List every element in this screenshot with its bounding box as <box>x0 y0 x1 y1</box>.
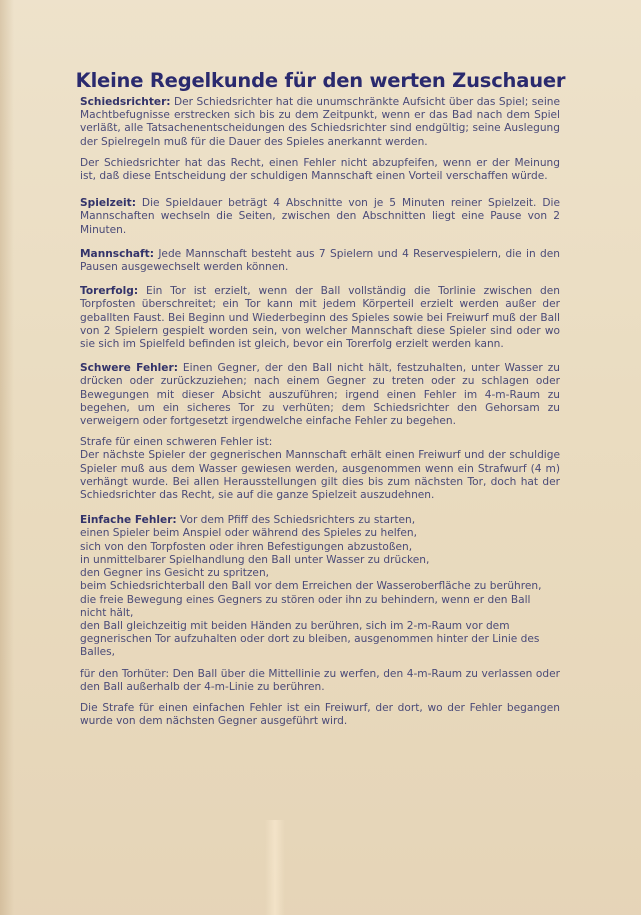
einfache-fehler-strafe: Die Strafe für einen einfachen Fehler is… <box>80 702 560 728</box>
einfache-fehler-item: beim Schiedsrichterball den Ball vor dem… <box>80 580 560 593</box>
section-torerfolg: Torerfolg: Ein Tor ist erzielt, wenn der… <box>80 285 560 351</box>
einfache-fehler-item: den Ball gleichzeitig mit beiden Händen … <box>80 620 560 660</box>
schwere-fehler-strafe-heading: Strafe für einen schweren Fehler ist: <box>80 436 560 449</box>
section-label: Torerfolg: <box>80 285 138 297</box>
rules-content: Schiedsrichter: Der Schiedsrichter hat d… <box>80 96 560 736</box>
section-einfache-fehler: Einfache Fehler: Vor dem Pfiff des Schie… <box>80 514 560 659</box>
einfache-fehler-torhueter: für den Torhüter: Den Ball über die Mitt… <box>80 668 560 694</box>
einfache-fehler-first-line: Einfache Fehler: Vor dem Pfiff des Schie… <box>80 514 560 527</box>
section-label: Schwere Fehler: <box>80 362 178 374</box>
document-page: Kleine Regelkunde für den werten Zuschau… <box>0 0 641 915</box>
section-schiedsrichter-recht: Der Schiedsrichter hat das Recht, einen … <box>80 157 560 183</box>
section-schiedsrichter: Schiedsrichter: Der Schiedsrichter hat d… <box>80 96 560 149</box>
section-text: Vor dem Pfiff des Schiedsrichters zu sta… <box>177 514 415 526</box>
schwere-fehler-strafe-text: Der nächste Spieler der gegnerischen Man… <box>80 449 560 502</box>
section-text: Ein Tor ist erzielt, wenn der Ball volls… <box>80 285 560 350</box>
section-label: Einfache Fehler: <box>80 514 177 526</box>
einfache-fehler-item: in unmittelbarer Spielhandlung den Ball … <box>80 554 560 567</box>
einfache-fehler-item: die freie Bewegung eines Gegners zu stör… <box>80 594 560 620</box>
section-label: Mannschaft: <box>80 248 154 260</box>
section-label: Schiedsrichter: <box>80 96 171 108</box>
section-label: Spielzeit: <box>80 197 136 209</box>
einfache-fehler-item: sich von den Torpfosten oder ihren Befes… <box>80 541 560 554</box>
section-text: Die Spieldauer beträgt 4 Abschnitte von … <box>80 197 560 235</box>
einfache-fehler-item: den Gegner ins Gesicht zu spritzen, <box>80 567 560 580</box>
page-title: Kleine Regelkunde für den werten Zuschau… <box>0 69 641 92</box>
section-mannschaft: Mannschaft: Jede Mannschaft besteht aus … <box>80 248 560 274</box>
section-schwere-fehler: Schwere Fehler: Einen Gegner, der den Ba… <box>80 362 560 428</box>
section-spielzeit: Spielzeit: Die Spieldauer beträgt 4 Absc… <box>80 197 560 237</box>
paper-fold-shading <box>265 820 285 915</box>
einfache-fehler-item: einen Spieler beim Anspiel oder während … <box>80 527 560 540</box>
